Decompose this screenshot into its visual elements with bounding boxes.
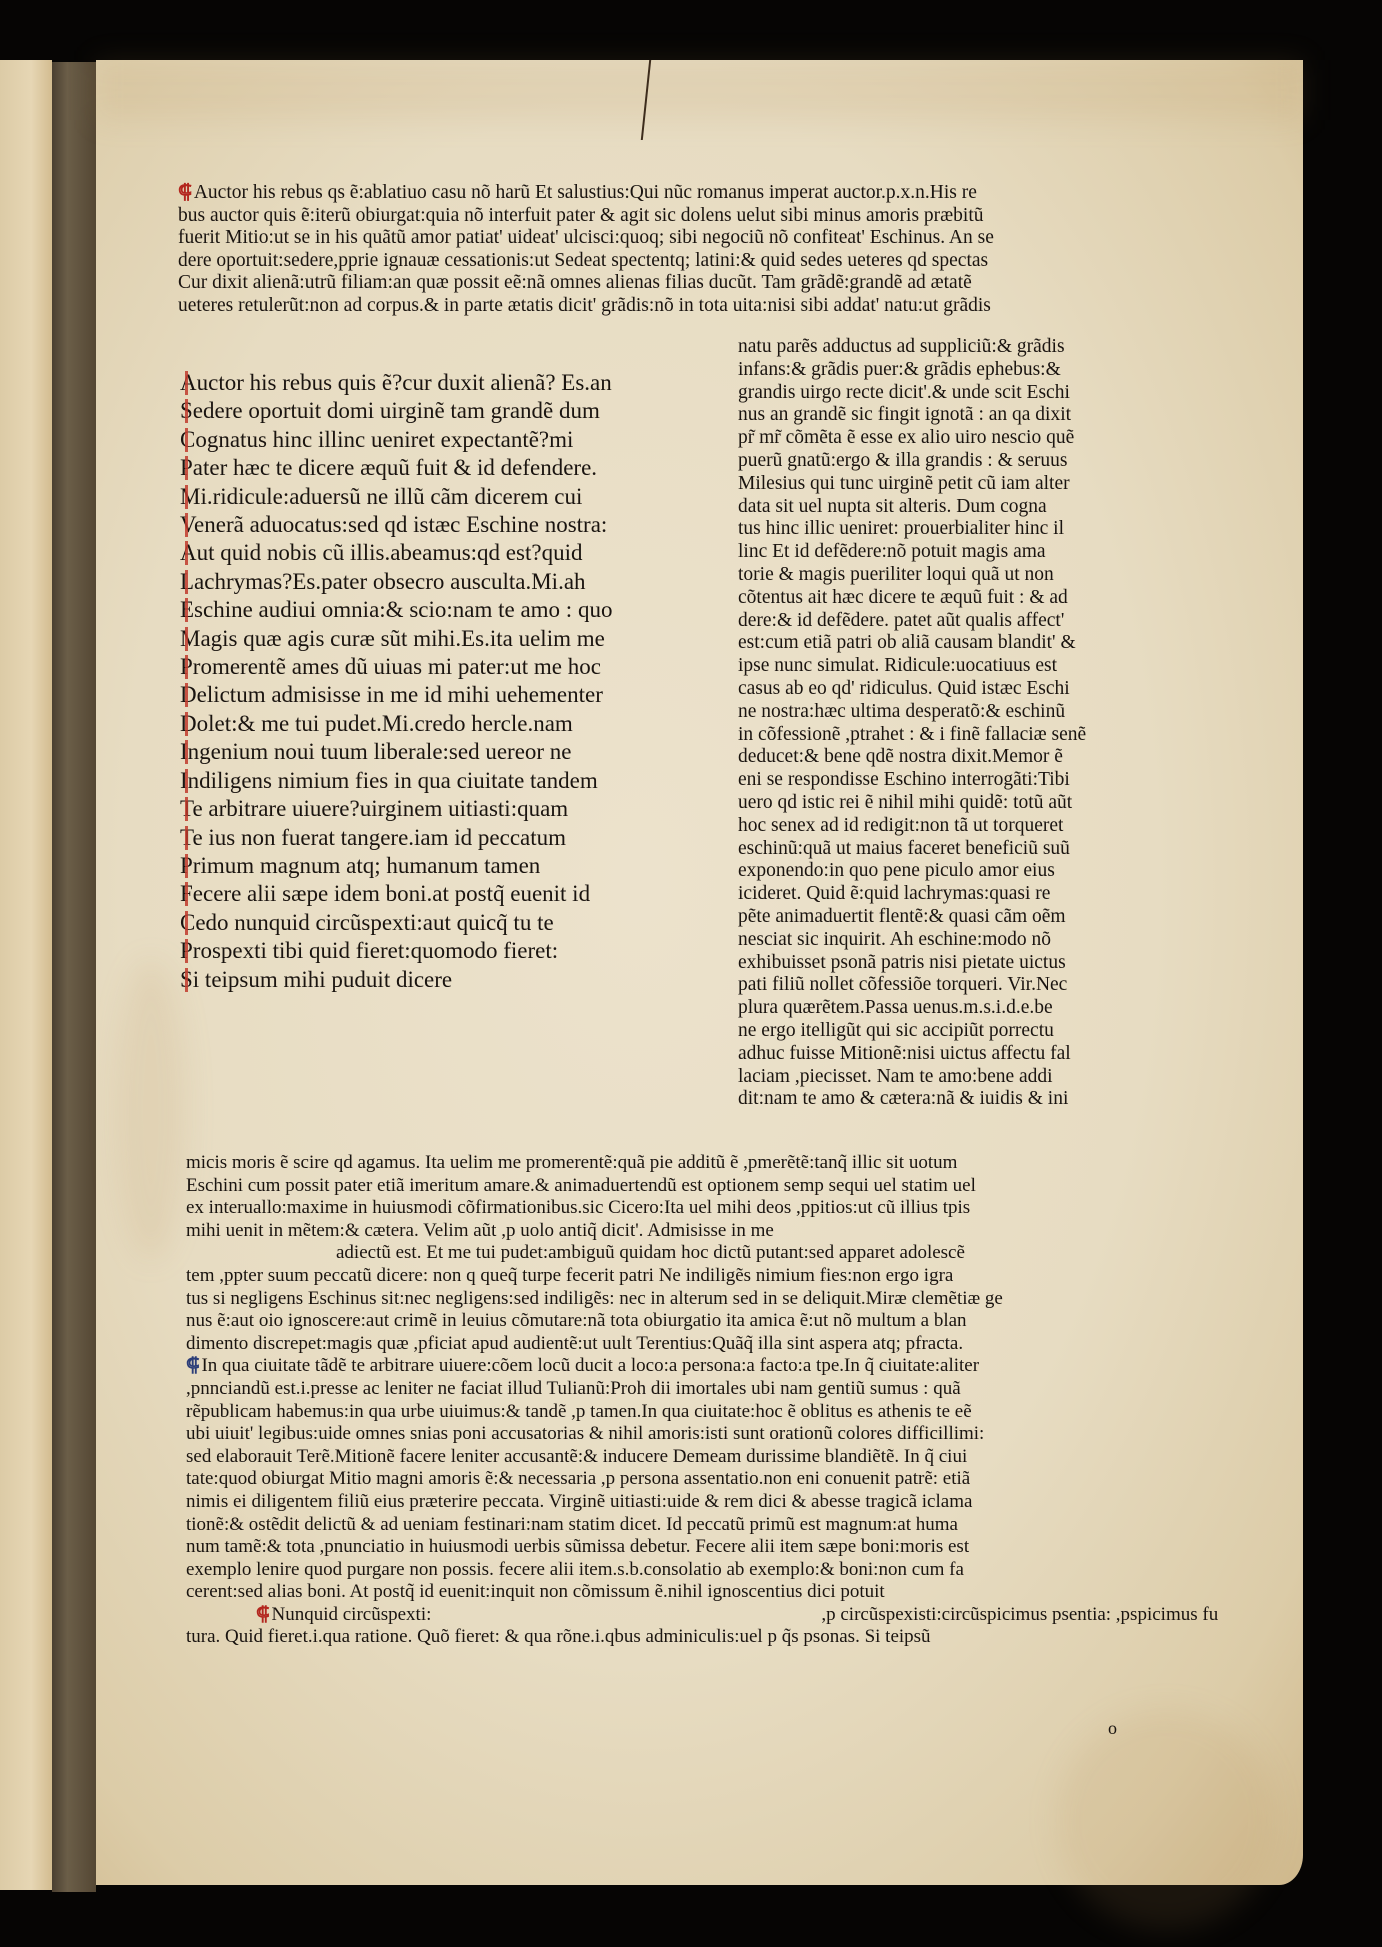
commentary-line: ,pnnciandũ est.i.presse ac leniter ne fa… [186, 1378, 1218, 1401]
verse-line: Magis quæ agis curæ sũt mihi.Es.ita ueli… [180, 625, 612, 653]
verse-line: Mi.ridicule:aduersũ ne illũ cãm dicerem … [180, 483, 612, 511]
commentary-line: hoc senex ad id redigit:non tã ut torque… [738, 815, 1086, 838]
verse-line: Te arbitrare uiuere?uirginem uitiasti:qu… [180, 795, 612, 823]
commentary-line: Eschini cum possit pater etiã imeritum a… [186, 1175, 1218, 1198]
verse-line: Si teipsum mihi puduit dicere [180, 966, 612, 994]
commentary-line: fuerit Mitio:ut se in his quãtũ amor pat… [178, 227, 994, 250]
commentary-line: ueteres retulerũt:non ad corpus.& in par… [178, 295, 994, 318]
commentary-line: ne nostra:hæc ultima desperatõ:& eschinũ [738, 701, 1086, 724]
verse-line: Cognatus hinc illinc ueniret expectantẽ?… [180, 426, 612, 454]
commentary-line: data sit uel nupta sit alteris. Dum cogn… [738, 496, 1086, 519]
commentary-line: num tamẽ:& tota ,pnunciatio in huiusmodi… [186, 1536, 1218, 1559]
commentary-line: pati filiũ nollet cõfessiõe torqueri. Vi… [738, 974, 1086, 997]
commentary-line: eni se respondisse Eschino interrogãti:T… [738, 769, 1086, 792]
commentary-line: ubi uiuit' legibus:uide omnes snias poni… [186, 1423, 1218, 1446]
verse-line: Cedo nunquid circũspexti:aut quicq̃ tu t… [180, 909, 612, 937]
verse-line: Ingenium noui tuum liberale:sed uereor n… [180, 738, 612, 766]
commentary-line: infans:& grãdis puer:& grãdis ephebus:& [738, 359, 1086, 382]
commentary-line: ⸿Auctor his rebus qs ẽ:ablatiuo casu nõ … [178, 182, 994, 205]
commentary-line: ⸿Nunquid circũspexti:,p circũspexisti:ci… [186, 1604, 1218, 1627]
commentary-line: rẽpublicam habemus:in qua urbe uiuimus:&… [186, 1401, 1218, 1424]
verse-line: Delictum admisisse in me id mihi uehemen… [180, 681, 612, 709]
commentary-line: mihi uenit in mẽtem:& cætera. Velim aũt … [186, 1220, 1218, 1243]
top-commentary: ⸿Auctor his rebus qs ẽ:ablatiuo casu nõ … [178, 182, 994, 318]
commentary-line: torie & magis pueriliter loqui quã ut no… [738, 564, 1086, 587]
commentary-line: micis moris ẽ scire qd agamus. Ita uelim… [186, 1152, 1218, 1175]
water-stain [116, 960, 186, 1260]
commentary-line: icideret. Quid ẽ:quid lachrymas:quasi re [738, 883, 1086, 906]
commentary-line: ⸿In qua ciuitate tãdẽ te arbitrare uiuer… [186, 1355, 1218, 1378]
commentary-line: tate:quod obiurgat Mitio magni amoris ẽ:… [186, 1468, 1218, 1491]
commentary-line: nus an grandẽ sic fingit ignotã : an qa … [738, 404, 1086, 427]
commentary-line: cerent:sed alias boni. At postq̃ id euen… [186, 1581, 1218, 1604]
commentary-line: Cur dixit alienã:utrũ filiam:an quæ poss… [178, 272, 994, 295]
commentary-line: grandis uirgo recte dicit'.& unde scit E… [738, 382, 1086, 405]
verse-line: Indiligens nimium fies in qua ciuitate t… [180, 767, 612, 795]
commentary-line: nimis ei diligentem filiũ eius præterire… [186, 1491, 1218, 1514]
commentary-line: tem ,ppter suum peccatũ dicere: non q qu… [186, 1265, 1218, 1288]
verse-line: Primum magnum atq; humanum tamen [180, 852, 612, 880]
commentary-line: pr̃ mr̃ cõmẽta ẽ esse ex alio uiro nesci… [738, 427, 1086, 450]
binding-gutter [52, 62, 96, 1892]
commentary-line: eschinũ:quã ut maius faceret beneficiũ s… [738, 838, 1086, 861]
verse-line: Aut quid nobis cũ illis.abeamus:qd est?q… [180, 539, 612, 567]
commentary-line: deducet:& bene qdẽ nostra dixit.Memor ẽ [738, 746, 1086, 769]
commentary-line: nus ẽ:aut oio ignoscere:aut crimẽ in leu… [186, 1310, 1218, 1333]
facing-page-edge [0, 60, 52, 1890]
verse-line: Lachrymas?Es.pater obsecro ausculta.Mi.a… [180, 568, 612, 596]
commentary-line: exponendo:in quo pene piculo amor eius [738, 860, 1086, 883]
commentary-line: laciam ,piecisset. Nam te amo:bene addi [738, 1066, 1086, 1089]
commentary-line: dimento discrepet:magis quæ ,pficiat apu… [186, 1333, 1218, 1356]
commentary-line: tura. Quid fieret.i.qua ratione. Quõ fie… [186, 1626, 1218, 1649]
commentary-line: sed elaborauit Terẽ.Mitionẽ facere lenit… [186, 1446, 1218, 1469]
commentary-line: in cõfessionẽ ,ptrahet : & i finẽ fallac… [738, 724, 1086, 747]
commentary-line: bus auctor quis ẽ:iterũ obiurgat:quia nõ… [178, 205, 994, 228]
verse-line: Pater hæc te dicere æquũ fuit & id defen… [180, 454, 612, 482]
commentary-line: Milesius qui tunc uirginẽ petit cũ iam a… [738, 473, 1086, 496]
top-edge-stain [96, 60, 1303, 120]
commentary-line: adhuc fuisse Mitionẽ:nisi uictus affectu… [738, 1043, 1086, 1066]
commentary-line: uero qd istic rei ẽ nihil mihi quidẽ: to… [738, 792, 1086, 815]
signature-mark: o [1108, 1718, 1117, 1739]
commentary-line: linc Et id defẽdere:nõ potuit magis ama [738, 541, 1086, 564]
paragraph-mark-icon: ⸿ [186, 1355, 199, 1376]
corner-stain [1056, 1710, 1276, 1930]
play-text-column: Auctor his rebus quis ẽ?cur duxit alienã… [180, 369, 612, 994]
paragraph-mark-icon: ⸿ [178, 182, 192, 203]
verse-line: Dolet:& me tui pudet.Mi.credo hercle.nam [180, 710, 612, 738]
commentary-line: tionẽ:& ostẽdit delictũ & ad ueniam fest… [186, 1514, 1218, 1537]
commentary-line: plura quærẽtem.Passa uenus.m.s.i.d.e.be [738, 997, 1086, 1020]
commentary-line: exhibuisset psonã patris nisi pietate ui… [738, 952, 1086, 975]
verse-line: Auctor his rebus quis ẽ?cur duxit alienã… [180, 369, 612, 397]
verse-line: Venerã aduocatus:sed qd istæc Eschine no… [180, 511, 612, 539]
commentary-line: dere oportuit:sedere,pprie ignauæ cessat… [178, 250, 994, 273]
commentary-line: ex interuallo:maxime in huiusmodi cõfirm… [186, 1197, 1218, 1220]
commentary-line: exemplo lenire quod purgare non possis. … [186, 1559, 1218, 1582]
commentary-line: pẽte animaduertit flentẽ:& quasi cãm oẽm [738, 906, 1086, 929]
verse-line: Promerentẽ ames dũ uiuas mi pater:ut me … [180, 653, 612, 681]
verse-line: Te ius non fuerat tangere.iam id peccatu… [180, 824, 612, 852]
verse-line: Sedere oportuit domi uirginẽ tam grandẽ … [180, 397, 612, 425]
bottom-commentary: micis moris ẽ scire qd agamus. Ita uelim… [186, 1152, 1218, 1649]
commentary-line: ne ergo itelligũt qui sic accipiũt porre… [738, 1020, 1086, 1043]
commentary-line: tus hinc illic ueniret: prouerbialiter h… [738, 518, 1086, 541]
verse-line: Eschine audiui omnia:& scio:nam te amo :… [180, 596, 612, 624]
commentary-line: dere:& id defẽdere. patet aũt qualis aff… [738, 610, 1086, 633]
commentary-line: natu parẽs adductus ad suppliciũ:& grãdi… [738, 336, 1086, 359]
commentary-line: dit:nam te amo & cætera:nã & iuidis & in… [738, 1088, 1086, 1111]
commentary-line: cõtentus ait hæc dicere te æquũ fuit : &… [738, 587, 1086, 610]
commentary-line: adiectũ est. Et me tui pudet:ambiguũ qui… [186, 1242, 1218, 1265]
commentary-line: puerũ gnatũ:ergo & illa grandis : & seru… [738, 450, 1086, 473]
commentary-line: casus ab eo qd' ridiculus. Quid istæc Es… [738, 678, 1086, 701]
right-commentary-column: natu parẽs adductus ad suppliciũ:& grãdi… [738, 336, 1086, 1111]
commentary-line: est:cum etiã patri ob aliã causam blandi… [738, 632, 1086, 655]
verse-line: Prospexti tibi quid fieret:quomodo fiere… [180, 937, 612, 965]
paragraph-mark-icon: ⸿ [256, 1604, 269, 1625]
commentary-line: nesciat sic inquirit. Ah eschine:modo nõ [738, 929, 1086, 952]
commentary-line: tus si negligens Eschinus sit:nec neglig… [186, 1288, 1218, 1311]
commentary-line: ipse nunc simulat. Ridicule:uocatiuus es… [738, 655, 1086, 678]
verse-line: Fecere alii sæpe idem boni.at postq̃ eue… [180, 880, 612, 908]
